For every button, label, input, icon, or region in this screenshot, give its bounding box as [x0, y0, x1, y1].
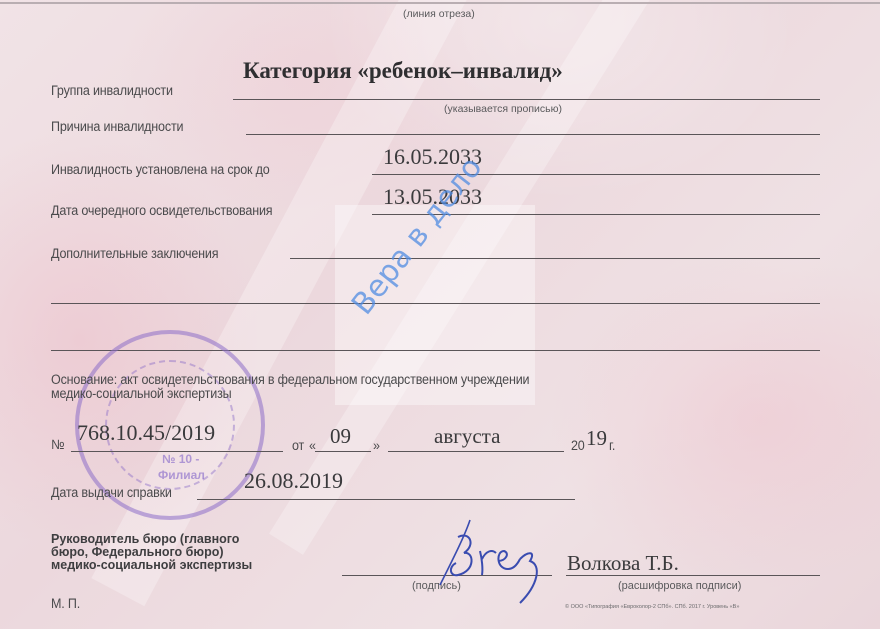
signatory-title-line1: Руководитель бюро (главного [51, 532, 239, 546]
disability-group-line [233, 99, 820, 100]
basis-text-line1: Основание: акт освидетельствования в фед… [51, 372, 529, 387]
act-month-line [388, 451, 564, 452]
handwritten-signature [410, 515, 550, 610]
issue-date-label: Дата выдачи справки [51, 485, 172, 500]
additional-conclusions-label: Дополнительные заключения [51, 246, 218, 261]
issue-date-line [197, 499, 575, 500]
cut-line-label: (линия отреза) [403, 8, 475, 20]
issue-date-value: 26.08.2019 [244, 468, 343, 494]
signatory-title-line2: бюро, Федерального бюро) [51, 545, 224, 559]
basis-text-line2: медико-социальной экспертизы [51, 386, 231, 401]
signatory-name-hint: (расшифровка подписи) [618, 580, 741, 592]
signatory-title-line3: медико-социальной экспертизы [51, 558, 252, 572]
act-month-value: августа [434, 424, 500, 449]
signatory-name: Волкова Т.Б. [567, 551, 679, 576]
stamp-text-branch: Филиал [158, 468, 205, 482]
act-day-value: 09 [330, 424, 351, 449]
next-examination-label: Дата очередного освидетельствования [51, 203, 272, 218]
disability-group-label: Группа инвалидности [51, 83, 173, 98]
certificate-paper: (линия отреза) Группа инвалидности Катег… [0, 0, 880, 629]
printer-note: © ООО «Типография «Евроколор-2 СПб». СПб… [565, 604, 739, 610]
act-year-prefix: 20 [571, 438, 585, 453]
additional-conclusions-line-2 [51, 303, 820, 304]
established-until-line [372, 174, 820, 175]
act-year-unit: г. [609, 438, 615, 453]
established-until-label: Инвалидность установлена на срок до [51, 162, 270, 177]
day-quote-close: » [373, 438, 380, 453]
disability-group-value: Категория «ребенок–инвалид» [243, 58, 563, 84]
disability-reason-label: Причина инвалидности [51, 119, 183, 134]
act-number-line [71, 451, 283, 452]
act-number-prefix: № [51, 437, 64, 452]
additional-conclusions-line-1 [290, 258, 820, 259]
act-day-line [315, 451, 371, 452]
seal-place-label: М. П. [51, 596, 80, 611]
disability-reason-line [246, 134, 820, 135]
cut-line [0, 0, 880, 4]
act-number-value: 768.10.45/2019 [77, 420, 215, 446]
stamp-text-number: № 10 - [162, 452, 199, 466]
act-from-label: от [292, 438, 304, 453]
act-year-suffix: 19 [586, 426, 607, 451]
disability-group-hint: (указывается прописью) [444, 103, 562, 115]
